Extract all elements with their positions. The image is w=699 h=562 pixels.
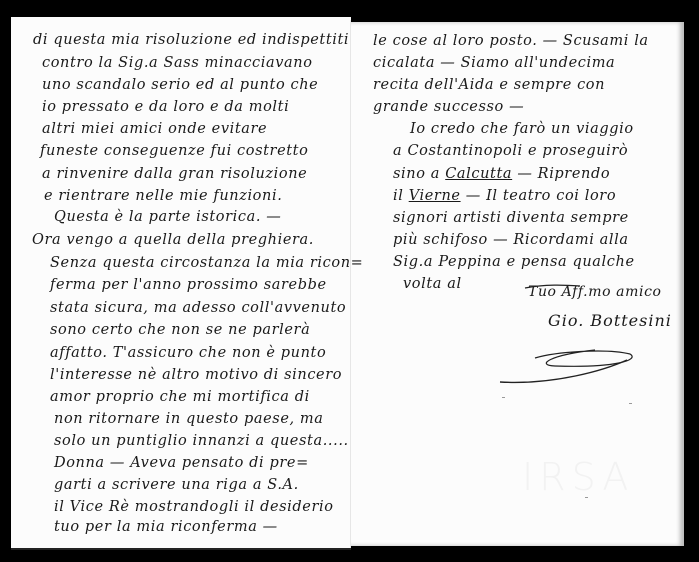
left-line-11: Senza questa circostanza la mia ricon= [50, 255, 363, 271]
left-line-21: garti a scrivere una riga a S.A. [54, 477, 299, 493]
left-line-9: Questa è la parte istorica. — [54, 209, 281, 225]
archive-watermark: IRSA [522, 455, 634, 499]
calcutta-underlined: Calcutta [445, 166, 512, 182]
left-line-5: altri miei amici onde evitare [42, 121, 267, 137]
left-line-10: Ora vengo a quella della preghiera. [32, 232, 314, 248]
left-line-20: Donna — Aveva pensato di pre= [54, 455, 309, 471]
right-line-11: Sig.a Peppina e pensa qualche [393, 254, 635, 270]
vierne-underlined: Vierne [409, 188, 461, 204]
right-line-8-part-b: — Il teatro coi loro [461, 188, 617, 204]
left-line-23: tuo per la mia riconferma — [54, 519, 278, 535]
left-line-12: ferma per l'anno prossimo sarebbe [50, 277, 327, 293]
left-line-4: io pressato e da loro e da molti [42, 99, 289, 115]
page-fold [350, 20, 351, 548]
right-line-2: cicalata — Siamo all'undecima [373, 55, 615, 71]
right-line-10: più schifoso — Ricordami alla [393, 232, 629, 248]
left-line-6: funeste conseguenze fui costretto [40, 143, 308, 159]
left-line-8: e rientrare nelle mie funzioni. [44, 188, 282, 204]
right-line-7-part-b: — Riprendo [512, 166, 610, 182]
right-line-1: le cose al loro posto. — Scusami la [373, 33, 649, 49]
left-line-1: di questa mia risoluzione ed indispettit… [33, 32, 349, 48]
right-line-6: a Costantinopoli e proseguirò [393, 143, 628, 159]
right-line-12: volta al [403, 276, 462, 292]
right-line-8-part-a: il [393, 188, 409, 204]
left-line-14: sono certo che non se ne parlerà [50, 322, 310, 338]
paper-speck [629, 403, 632, 404]
paper-speck [502, 397, 505, 398]
paper-speck [585, 497, 588, 498]
right-line-7-part-a: sino a [393, 166, 445, 182]
left-line-18: non ritornare in questo paese, ma [54, 411, 324, 427]
right-line-8: il Vierne — Il teatro coi loro [393, 188, 616, 204]
left-line-2: contro la Sig.a Sass minacciavano [42, 55, 313, 71]
left-line-16: l'interesse nè altro motivo di sincero [50, 367, 342, 383]
left-line-15: affatto. T'assicuro che non è punto [50, 345, 326, 361]
right-line-9: signori artisti diventa sempre [393, 210, 629, 226]
left-line-3: uno scandalo serio ed al punto che [42, 77, 318, 93]
right-line-7: sino a Calcutta — Riprendo [393, 166, 610, 182]
right-line-3: recita dell'Aida e sempre con [373, 77, 605, 93]
left-line-22: il Vice Rè mostrandogli il desiderio [54, 499, 334, 515]
signature-flourish-icon [495, 280, 685, 390]
right-line-5: Io credo che farò un viaggio [410, 121, 634, 137]
left-line-7: a rinvenire dalla gran risoluzione [42, 166, 307, 182]
left-line-13: stata sicura, ma adesso coll'avvenuto [50, 300, 346, 316]
scanned-letter: di questa mia risoluzione ed indispettit… [0, 0, 699, 562]
left-line-19: solo un puntiglio innanzi a questa..... [54, 433, 349, 449]
right-line-4: grande successo — [373, 99, 524, 115]
left-line-17: amor proprio che mi mortifica di [50, 389, 310, 405]
